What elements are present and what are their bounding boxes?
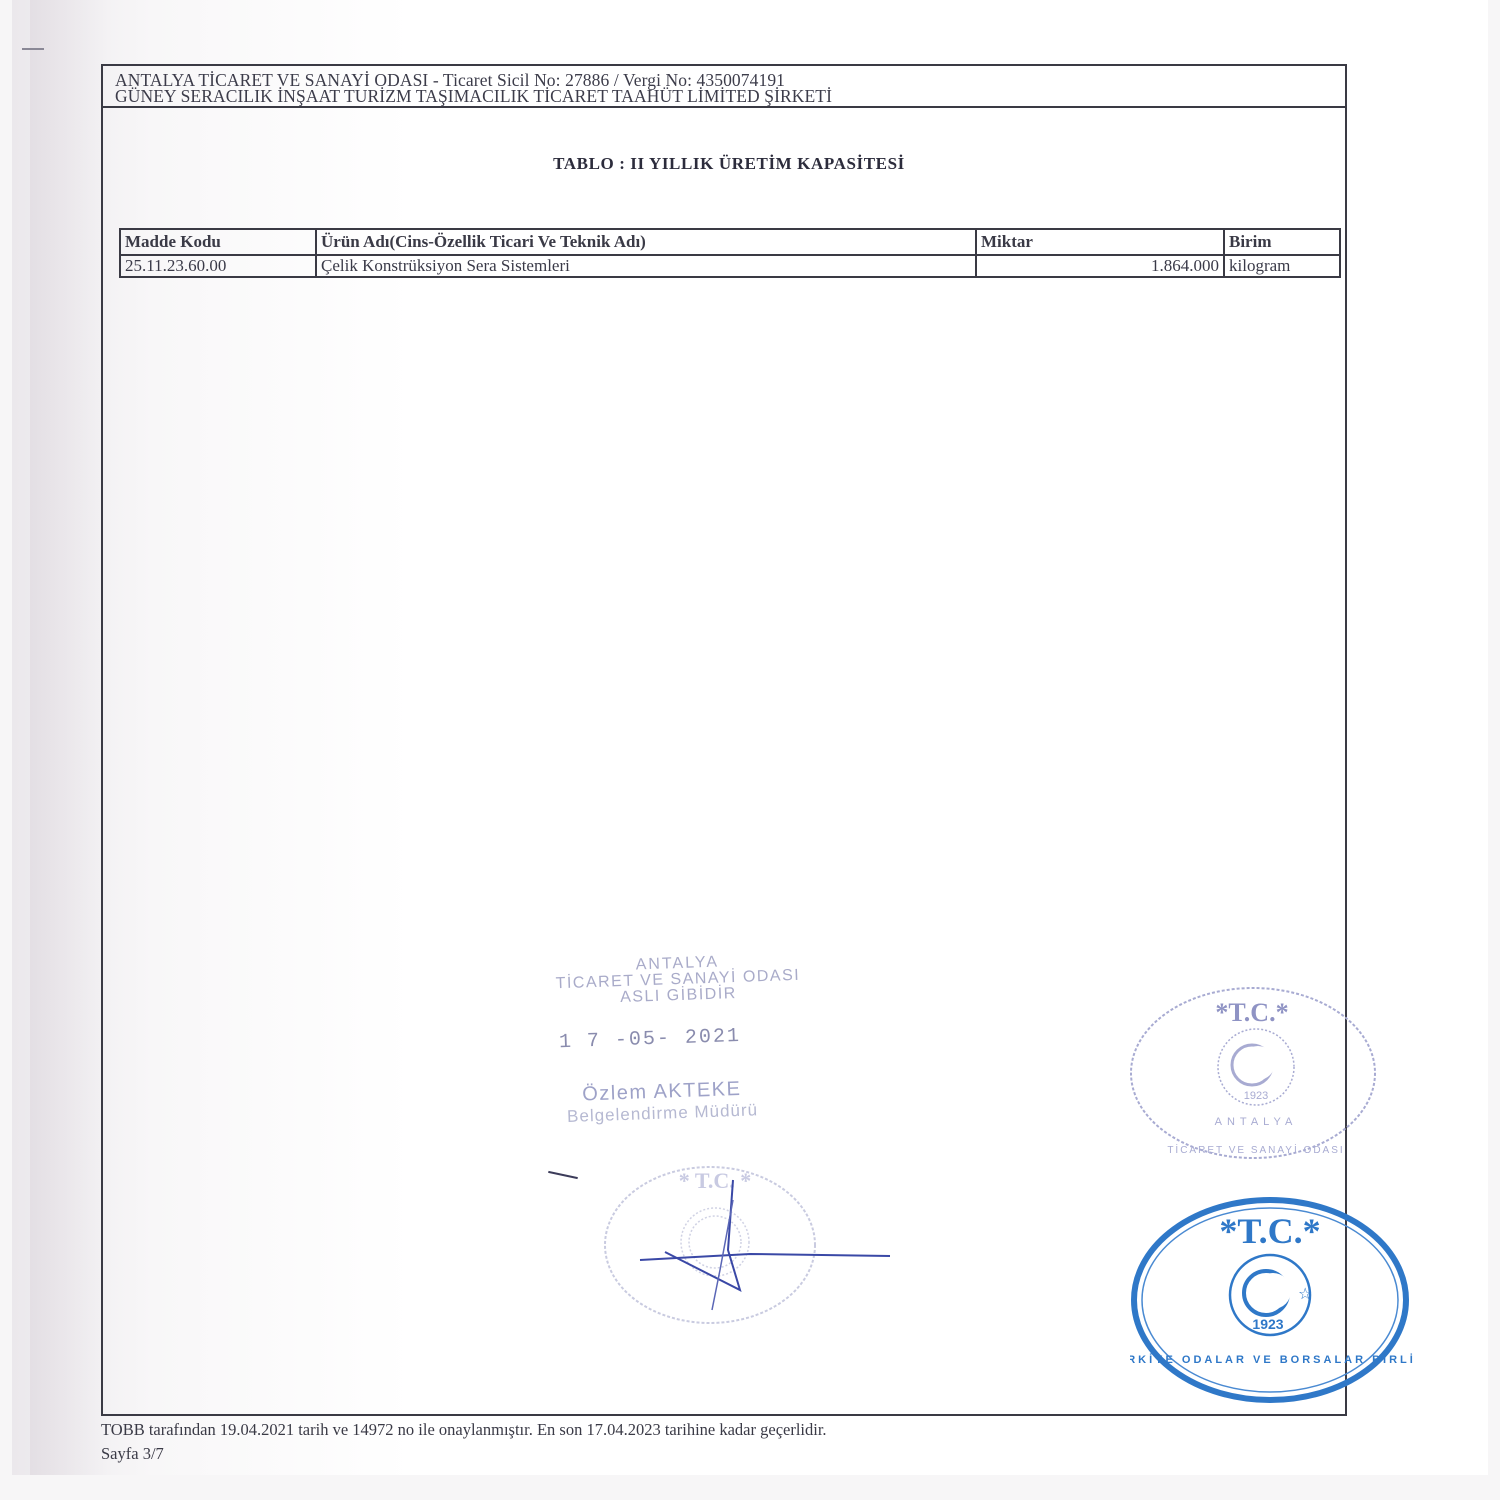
column-header-product-name: Ürün Adı(Cins-Özellik Ticari Ve Teknik A… [316, 229, 976, 255]
svg-text:ANTALYA: ANTALYA [1215, 1116, 1298, 1128]
cell-unit: kilogram [1224, 255, 1340, 277]
scan-mark [22, 48, 44, 50]
column-header-code: Madde Kodu [120, 229, 316, 255]
cell-product-name: Çelik Konstrüksiyon Sera Sistemleri [316, 255, 976, 277]
production-capacity-table: Madde Kodu Ürün Adı(Cins-Özellik Ticari … [119, 228, 1341, 278]
tobb-seal: ☆ *T.C.* 1923 TÜRKİYE ODALAR VE BORSALAR… [1130, 1195, 1415, 1410]
svg-text:☆: ☆ [1298, 1284, 1312, 1303]
svg-text:1923: 1923 [1244, 1090, 1268, 1102]
svg-text:TİCARET VE SANAYİ ODASI: TİCARET VE SANAYİ ODASI [1167, 1143, 1344, 1156]
table-header-row: Madde Kodu Ürün Adı(Cins-Özellik Ticari … [120, 229, 1340, 255]
chamber-seal-with-signature: * T.C. * [600, 1160, 900, 1330]
column-header-unit: Birim [1224, 229, 1340, 255]
seal-tc-text: *T.C.* [1219, 1211, 1320, 1251]
scan-shadow [30, 0, 110, 1475]
certified-copy-stamp: ANTALYA TİCARET VE SANAYİ ODASI ASLI GİB… [502, 949, 858, 1129]
cell-quantity: 1.864.000 [976, 255, 1224, 277]
cell-code: 25.11.23.60.00 [120, 255, 316, 277]
stamp-date: 1 7 -05- 2021 [505, 1021, 856, 1056]
seal-tc-text: *T.C.* [1215, 998, 1288, 1027]
approval-footnote: TOBB tarafından 19.04.2021 tarih ve 1497… [101, 1420, 827, 1440]
antalya-chamber-seal: *T.C.* 1923 ANTALYA TİCARET VE SANAYİ OD… [1128, 985, 1388, 1165]
document-header: ANTALYA TİCARET VE SANAYİ ODASI - Ticare… [103, 66, 1345, 108]
svg-text:TÜRKİYE ODALAR VE BORSALAR BİR: TÜRKİYE ODALAR VE BORSALAR BİRLİĞİ [1130, 1353, 1415, 1366]
table-title: TABLO : II YILLIK ÜRETİM KAPASİTESİ [103, 154, 1345, 174]
seal-tc-text: * T.C. * [679, 1168, 752, 1193]
svg-text:1923: 1923 [1252, 1316, 1283, 1332]
page-number: Sayfa 3/7 [101, 1444, 164, 1464]
table-row: 25.11.23.60.00 Çelik Konstrüksiyon Sera … [120, 255, 1340, 277]
column-header-quantity: Miktar [976, 229, 1224, 255]
company-name-line: GÜNEY SERACILIK İNŞAAT TURİZM TAŞIMACILI… [115, 88, 832, 104]
